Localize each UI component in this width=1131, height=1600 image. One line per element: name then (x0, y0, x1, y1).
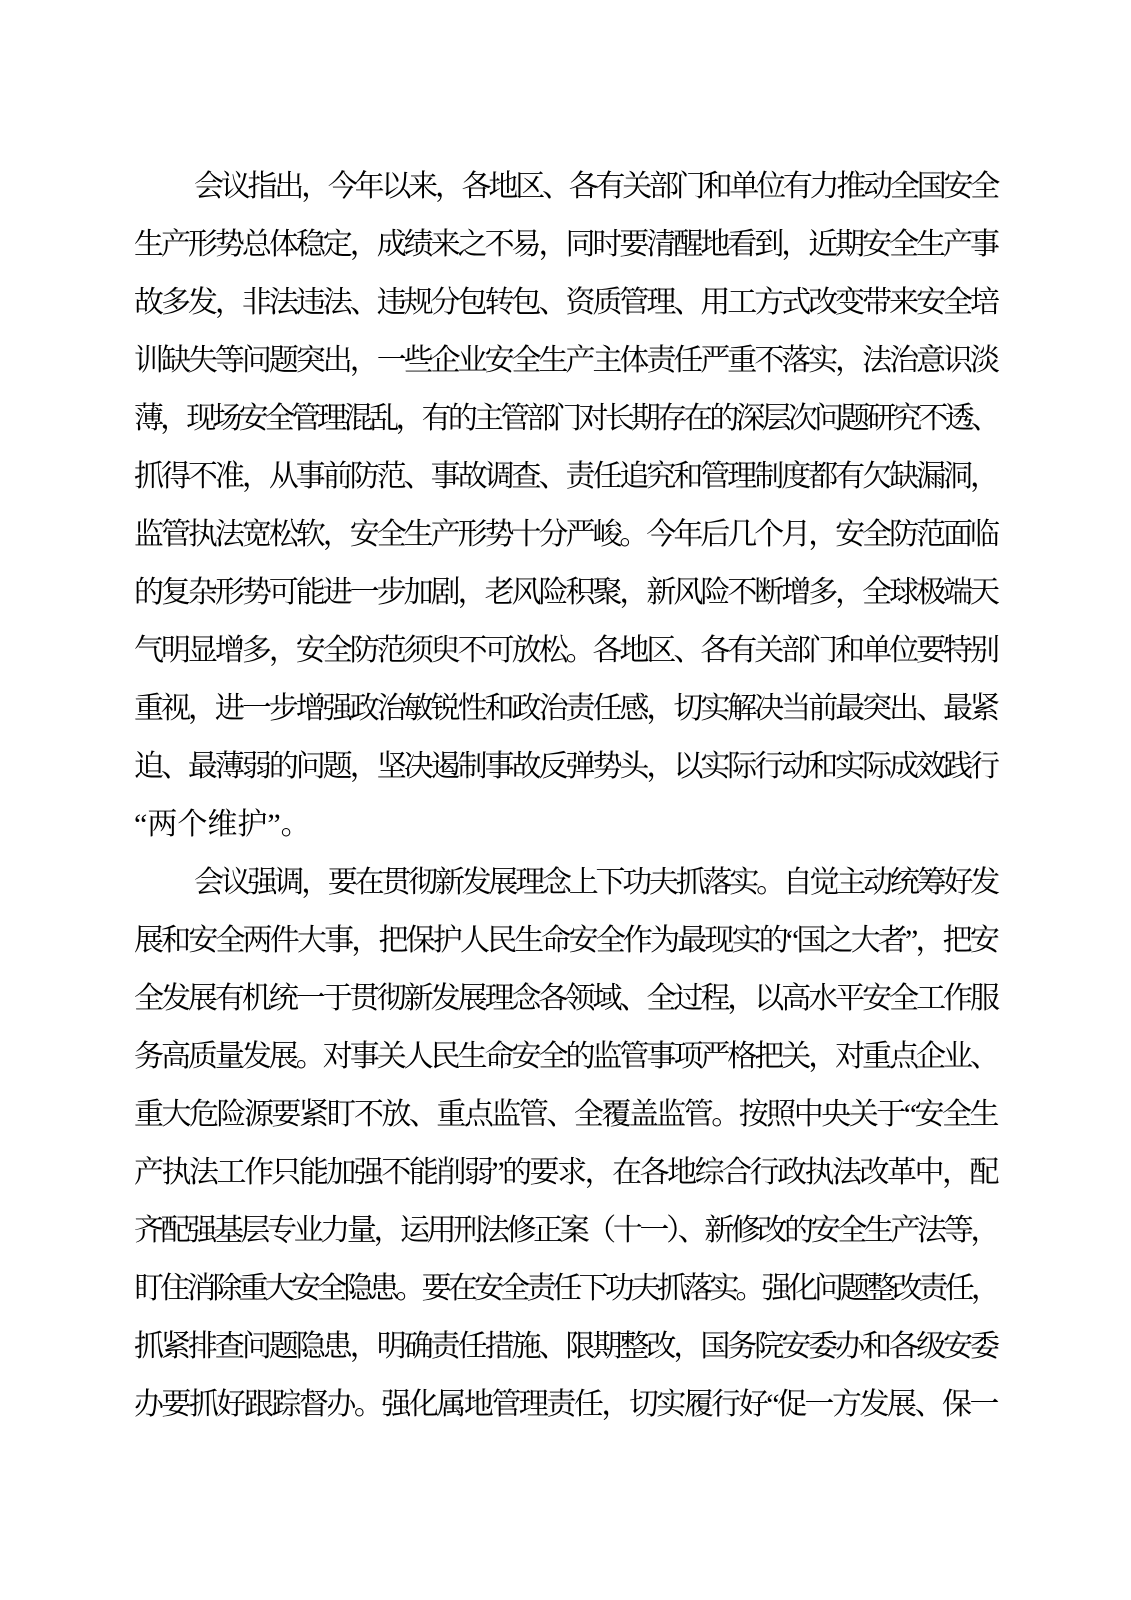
text-line: 盯住消除重大安全隐患。要在安全责任下功夫抓落实。强化问题整改责任， (134, 1260, 997, 1318)
paragraph-2: 会议强调，要在贯彻新发展理念上下功夫抓落实。自觉主动统筹好发展和安全两件大事，把… (134, 854, 997, 1434)
text-line: 展和安全两件大事，把保护人民生命安全作为最现实的“国之大者”，把安 (134, 912, 997, 970)
text-line: 的复杂形势可能进一步加剧，老风险积聚，新风险不断增多，全球极端天 (134, 564, 997, 622)
text-line: 生产形势总体稳定，成绩来之不易，同时要清醒地看到，近期安全生产事 (134, 216, 997, 274)
text-line: 重视，进一步增强政治敏锐性和政治责任感，切实解决当前最突出、最紧 (134, 680, 997, 738)
text-line: 迫、最薄弱的问题，坚决遏制事故反弹势头，以实际行动和实际成效践行 (134, 738, 997, 796)
text-line: 重大危险源要紧盯不放、重点监管、全覆盖监管。按照中央关于“安全生 (134, 1086, 997, 1144)
text-line: 薄，现场安全管理混乱，有的主管部门对长期存在的深层次问题研究不透、 (134, 390, 997, 448)
text-line: 抓得不准，从事前防范、事故调查、责任追究和管理制度都有欠缺漏洞， (134, 448, 997, 506)
paragraph-1: 会议指出，今年以来，各地区、各有关部门和单位有力推动全国安全生产形势总体稳定，成… (134, 158, 997, 854)
text-line: “两个维护”。 (134, 796, 997, 854)
text-line: 会议强调，要在贯彻新发展理念上下功夫抓落实。自觉主动统筹好发 (134, 854, 997, 912)
text-line: 会议指出，今年以来，各地区、各有关部门和单位有力推动全国安全 (134, 158, 997, 216)
text-line: 抓紧排查问题隐患，明确责任措施、限期整改，国务院安委办和各级安委 (134, 1318, 997, 1376)
text-line: 办要抓好跟踪督办。强化属地管理责任，切实履行好“促一方发展、保一 (134, 1376, 997, 1434)
document-body: 会议指出，今年以来，各地区、各有关部门和单位有力推动全国安全生产形势总体稳定，成… (134, 158, 997, 1434)
document-page: 会议指出，今年以来，各地区、各有关部门和单位有力推动全国安全生产形势总体稳定，成… (0, 0, 1131, 1600)
text-line: 齐配强基层专业力量，运用刑法修正案（十一）、新修改的安全生产法等， (134, 1202, 997, 1260)
text-line: 全发展有机统一于贯彻新发展理念各领域、全过程，以高水平安全工作服 (134, 970, 997, 1028)
text-line: 监管执法宽松软，安全生产形势十分严峻。今年后几个月，安全防范面临 (134, 506, 997, 564)
text-line: 故多发，非法违法、违规分包转包、资质管理、用工方式改变带来安全培 (134, 274, 997, 332)
text-line: 训缺失等问题突出，一些企业安全生产主体责任严重不落实，法治意识淡 (134, 332, 997, 390)
text-line: 产执法工作只能加强不能削弱”的要求，在各地综合行政执法改革中，配 (134, 1144, 997, 1202)
text-line: 务高质量发展。对事关人民生命安全的监管事项严格把关，对重点企业、 (134, 1028, 997, 1086)
text-line: 气明显增多，安全防范须臾不可放松。各地区、各有关部门和单位要特别 (134, 622, 997, 680)
